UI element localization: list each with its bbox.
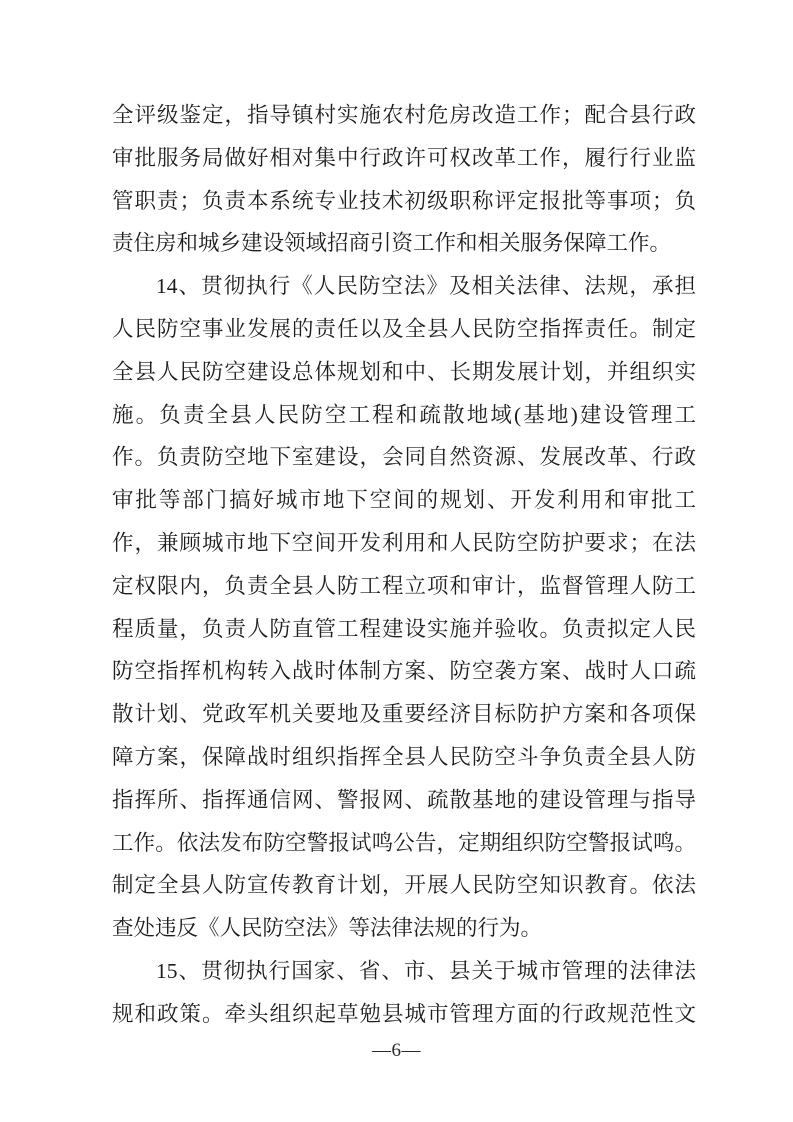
text-line: 人民防空事业发展的责任以及全县人民防空指挥责任。制定 xyxy=(112,308,696,351)
text-line: 作，兼顾城市地下空间开发利用和人民防空防护要求；在法 xyxy=(112,522,696,565)
text-line: 防空指挥机构转入战时体制方案、防空袭方案、战时人口疏 xyxy=(112,650,696,693)
text-line: 施。负责全县人民防空工程和疏散地域(基地)建设管理工 xyxy=(112,394,696,437)
text-line: 审批服务局做好相对集中行政许可权改革工作，履行行业监 xyxy=(112,137,696,180)
text-line: 作。负责防空地下室建设，会同自然资源、发展改革、行政 xyxy=(112,436,696,479)
text-line: 责住房和城乡建设领域招商引资工作和相关服务保障工作。 xyxy=(112,222,696,265)
paragraph-item-14: 14、贯彻执行《人民防空法》及相关法律、法规，承担 人民防空事业发展的责任以及全… xyxy=(112,265,696,950)
page-number: —6— xyxy=(0,1036,793,1066)
document-page: 全评级鉴定，指导镇村实施农村危房改造工作；配合县行政 审批服务局做好相对集中行政… xyxy=(0,0,793,1122)
text-line: 工作。依法发布防空警报试鸣公告，定期组织防空警报试鸣。 xyxy=(112,822,696,865)
text-line: 定权限内，负责全县人防工程立项和审计，监督管理人防工 xyxy=(112,565,696,608)
paragraph-item-15: 15、贯彻执行国家、省、市、县关于城市管理的法律法 规和政策。牵头组织起草勉县城… xyxy=(112,950,696,1036)
text-line: 制定全县人防宣传教育计划，开展人民防空知识教育。依法 xyxy=(112,864,696,907)
text-line: 全县人民防空建设总体规划和中、长期发展计划，并组织实 xyxy=(112,351,696,394)
paragraph-continuation: 全评级鉴定，指导镇村实施农村危房改造工作；配合县行政 审批服务局做好相对集中行政… xyxy=(112,94,696,265)
text-line: 查处违反《人民防空法》等法律法规的行为。 xyxy=(112,907,696,950)
text-line: 散计划、党政军机关要地及重要经济目标防护方案和各项保 xyxy=(112,693,696,736)
text-line: 14、贯彻执行《人民防空法》及相关法律、法规，承担 xyxy=(112,265,696,308)
text-line: 全评级鉴定，指导镇村实施农村危房改造工作；配合县行政 xyxy=(112,94,696,137)
text-line: 指挥所、指挥通信网、警报网、疏散基地的建设管理与指导 xyxy=(112,779,696,822)
document-text-block: 全评级鉴定，指导镇村实施农村危房改造工作；配合县行政 审批服务局做好相对集中行政… xyxy=(112,94,696,1036)
text-line: 管职责；负责本系统专业技术初级职称评定报批等事项；负 xyxy=(112,180,696,223)
text-line: 审批等部门搞好城市地下空间的规划、开发利用和审批工 xyxy=(112,479,696,522)
text-line: 障方案，保障战时组织指挥全县人民防空斗争负责全县人防 xyxy=(112,736,696,779)
text-line: 15、贯彻执行国家、省、市、县关于城市管理的法律法 xyxy=(112,950,696,993)
text-line: 规和政策。牵头组织起草勉县城市管理方面的行政规范性文 xyxy=(112,993,696,1036)
text-line: 程质量，负责人防直管工程建设实施并验收。负责拟定人民 xyxy=(112,608,696,651)
